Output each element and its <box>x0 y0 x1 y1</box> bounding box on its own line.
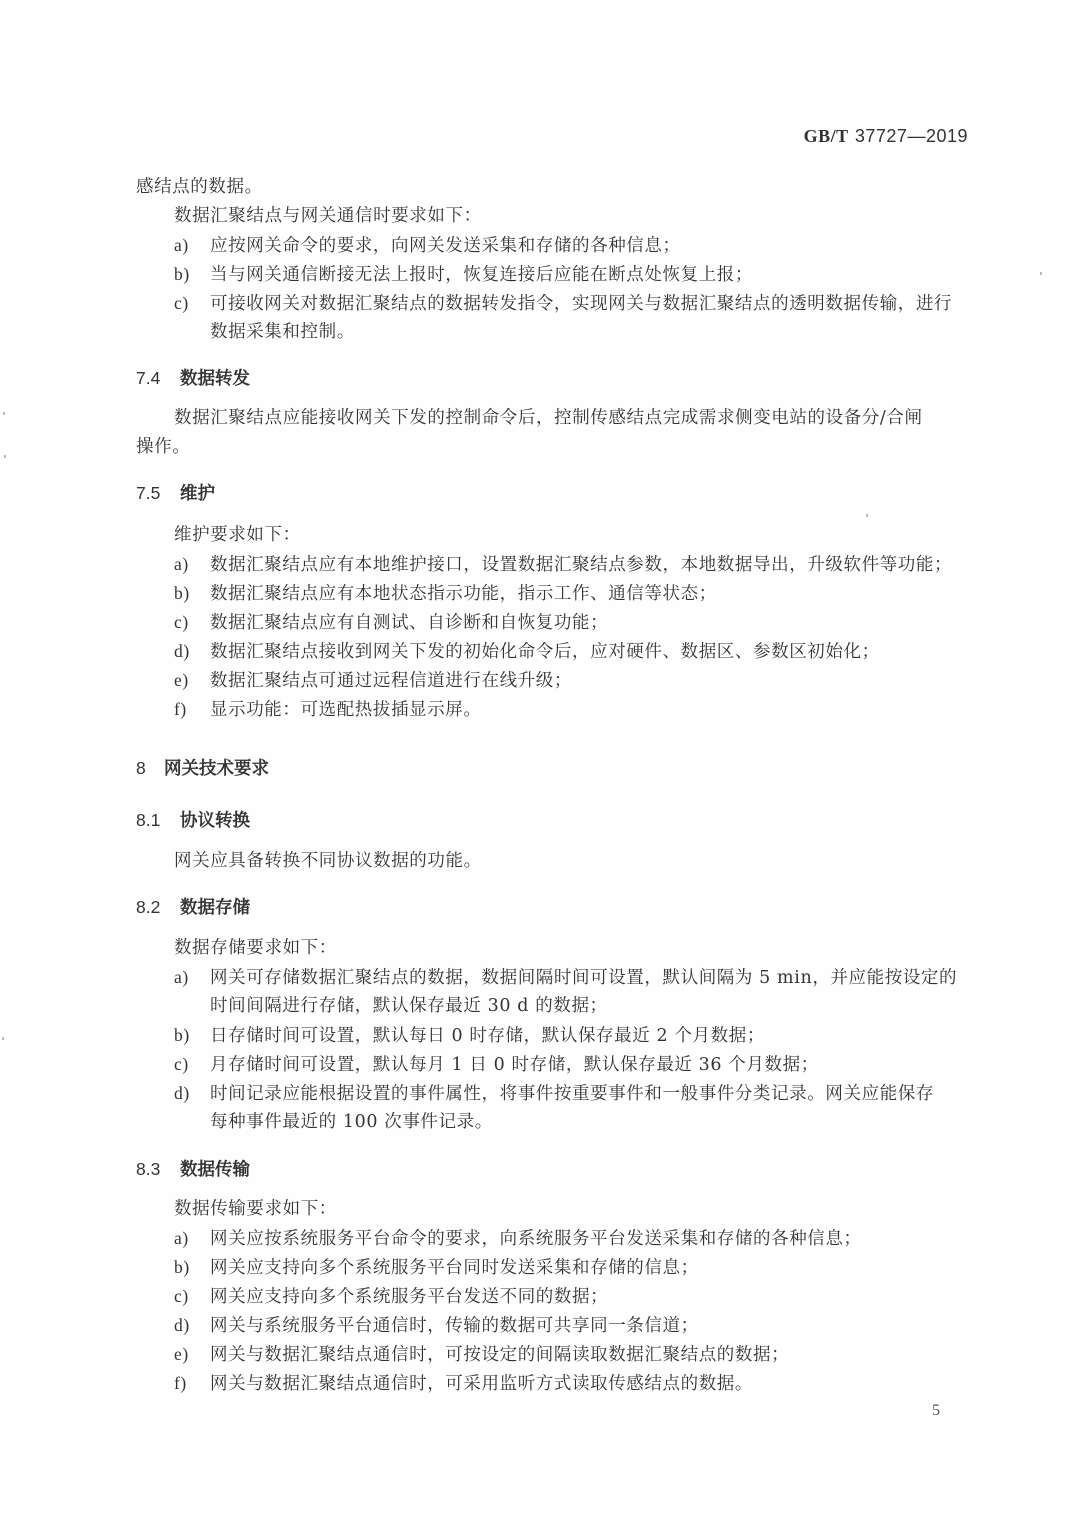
list-item: c)数据汇聚结点应有自测试、自诊断和自恢复功能； <box>174 611 608 634</box>
chapter-heading-8: 8网关技术要求 <box>136 755 269 780</box>
list-item: d)时间记录应能根据设置的事件属性，将事件按重要事件和一般事件分类记录。网关应能… <box>174 1082 934 1105</box>
list-item: a)应按网关命令的要求，向网关发送采集和存储的各种信息； <box>174 234 681 257</box>
list-item: f)网关与数据汇聚结点通信时，可采用监听方式读取传感结点的数据。 <box>174 1372 753 1395</box>
scan-speck <box>4 455 6 458</box>
standard-number-header: GB/T 37727—2019 <box>804 126 968 147</box>
list-item: c)月存储时间可设置，默认每月 1 日 0 时存储，默认保存最近 36 个月数据… <box>174 1053 819 1076</box>
section-heading-8-2: 8.2数据存储 <box>136 894 250 919</box>
scan-speck <box>866 514 868 517</box>
list-item: b)日存储时间可设置，默认每日 0 时存储，默认保存最近 2 个月数据； <box>174 1024 765 1047</box>
list-item: b)网关应支持向多个系统服务平台同时发送采集和存储的信息； <box>174 1256 699 1279</box>
paragraph-intro: 数据存储要求如下： <box>174 937 337 959</box>
paragraph-intro: 数据传输要求如下： <box>174 1198 337 1220</box>
paragraph-intro: 数据汇聚结点与网关通信时要求如下： <box>174 205 482 227</box>
section-heading-7-4: 7.4数据转发 <box>136 365 250 390</box>
list-item-continuation: 数据采集和控制。 <box>210 321 355 343</box>
section-heading-7-5: 7.5维护 <box>136 480 215 505</box>
section-heading-8-3: 8.3数据传输 <box>136 1156 250 1181</box>
list-item: a)网关可存储数据汇聚结点的数据，数据间隔时间可设置，默认间隔为 5 min，并… <box>174 966 957 989</box>
list-item: a)网关应按系统服务平台命令的要求，向系统服务平台发送采集和存储的各种信息； <box>174 1227 862 1250</box>
list-item: f)显示功能：可选配热拔插显示屏。 <box>174 698 482 721</box>
paragraph: 数据汇聚结点应能接收网关下发的控制命令后，控制传感结点完成需求侧变电站的设备分/… <box>174 407 923 429</box>
standard-prefix: GB/T <box>804 126 849 146</box>
paragraph-intro: 维护要求如下： <box>174 524 301 546</box>
continuation-text: 感结点的数据。 <box>136 176 263 198</box>
section-heading-8-1: 8.1协议转换 <box>136 807 250 832</box>
page-number: 5 <box>932 1402 940 1420</box>
list-item: c)可接收网关对数据汇聚结点的数据转发指令，实现网关与数据汇聚结点的透明数据传输… <box>174 292 952 315</box>
list-item-continuation: 时间间隔进行存储，默认保存最近 30 d 的数据； <box>210 995 608 1017</box>
standard-number: 37727—2019 <box>855 126 968 146</box>
list-item: a)数据汇聚结点应有本地维护接口，设置数据汇聚结点参数，本地数据导出，升级软件等… <box>174 553 952 576</box>
paragraph: 网关应具备转换不同协议数据的功能。 <box>174 850 482 872</box>
list-item: b)当与网关通信断接无法上报时，恢复连接后应能在断点处恢复上报； <box>174 263 753 286</box>
list-item: e)网关与数据汇聚结点通信时，可按设定的间隔读取数据汇聚结点的数据； <box>174 1343 789 1366</box>
paragraph-continuation: 操作。 <box>136 436 190 458</box>
scan-speck <box>3 412 5 415</box>
list-item: b)数据汇聚结点应有本地状态指示功能，指示工作、通信等状态； <box>174 582 717 605</box>
list-item-continuation: 每种事件最近的 100 次事件记录。 <box>210 1111 493 1133</box>
document-page: GB/T 37727—2019 感结点的数据。 数据汇聚结点与网关通信时要求如下… <box>0 0 1080 1527</box>
scan-speck <box>1040 272 1042 275</box>
list-item: c)网关应支持向多个系统服务平台发送不同的数据； <box>174 1285 608 1308</box>
scan-speck <box>2 1037 4 1040</box>
list-item: d)网关与系统服务平台通信时，传输的数据可共享同一条信道； <box>174 1314 699 1337</box>
list-item: d)数据汇聚结点接收到网关下发的初始化命令后，应对硬件、数据区、参数区初始化； <box>174 640 880 663</box>
list-item: e)数据汇聚结点可通过远程信道进行在线升级； <box>174 669 572 692</box>
